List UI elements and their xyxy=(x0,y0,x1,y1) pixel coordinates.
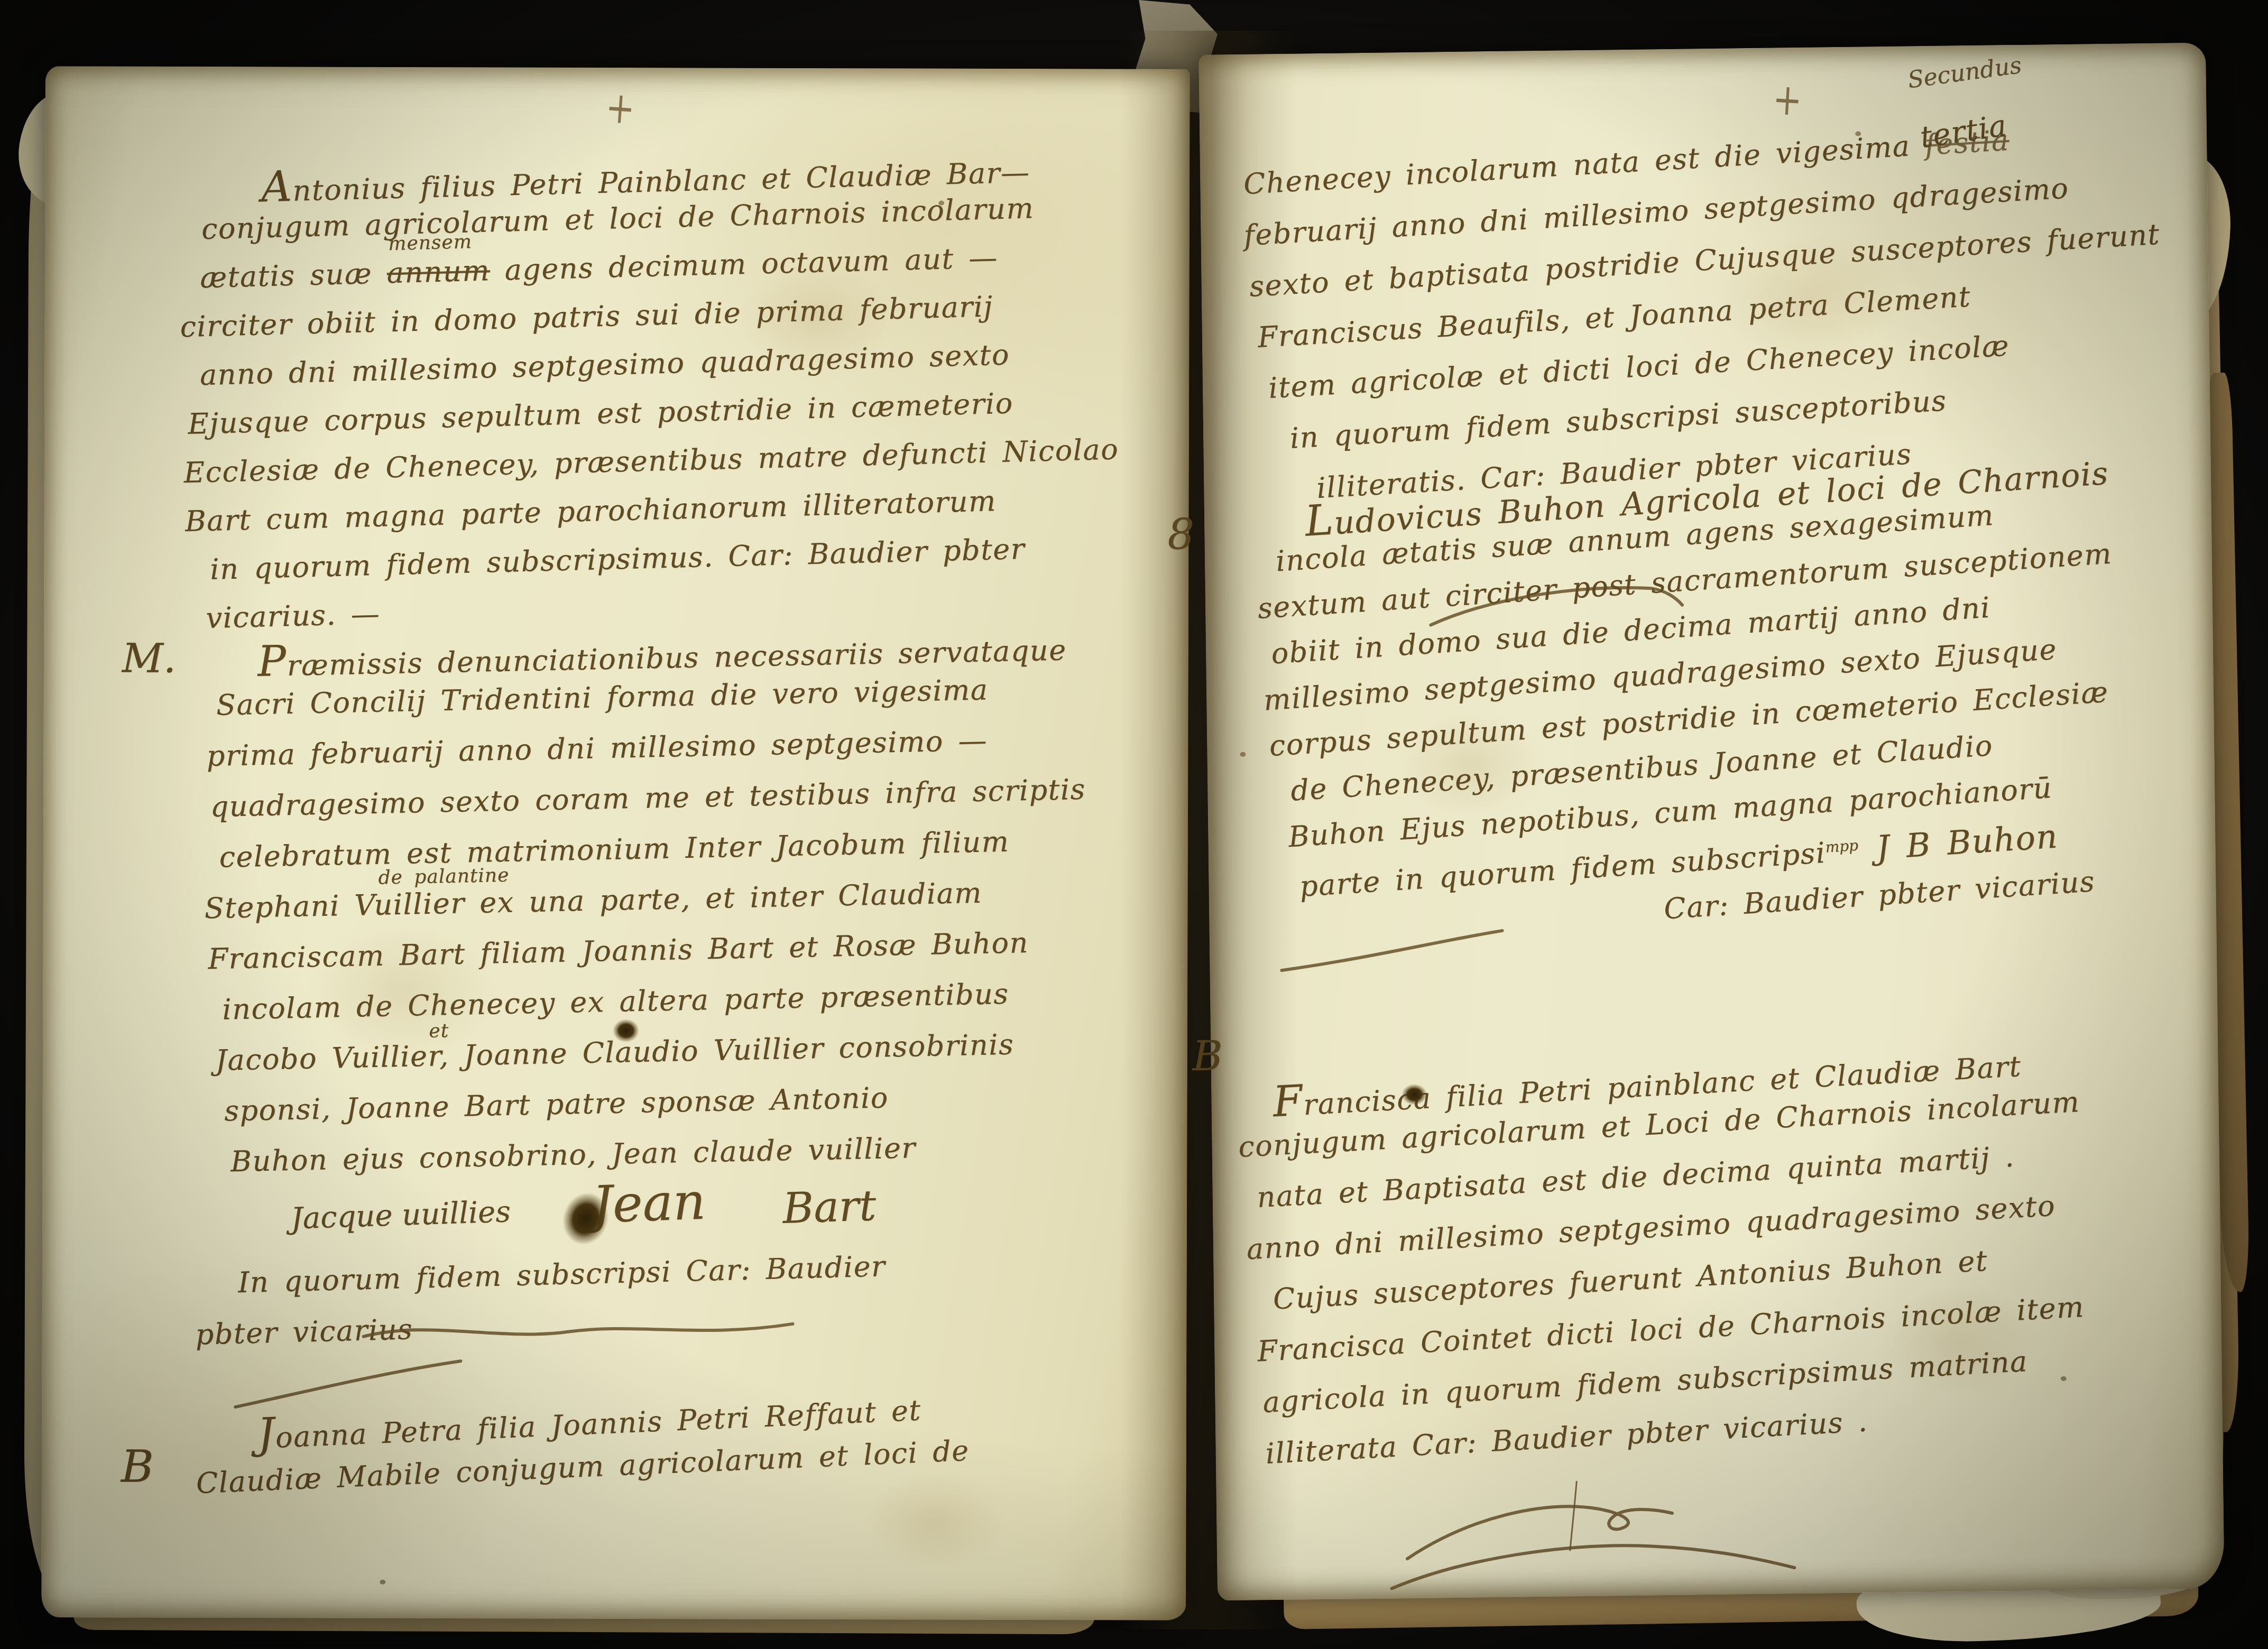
cross-mark-icon: + xyxy=(604,82,637,135)
burial-entry-ludovicus: Ludovicus Buhon Agricola et loci de Char… xyxy=(1267,445,2137,962)
interlinear-insertion: de palantine xyxy=(378,865,510,889)
attestation-line: In quorum fidem subscripsi Car: Baudier xyxy=(237,1249,886,1299)
struck-word: annum xyxy=(386,254,491,290)
superscript-note: mpp xyxy=(1824,837,1858,856)
flourish-underline xyxy=(359,1310,798,1351)
signature-jacque-vuillier: Jacque uuillies xyxy=(290,1194,511,1236)
interlinear-insertion: mensem xyxy=(388,231,473,255)
left-page: + Antonius filius Petri Painblanc et Cla… xyxy=(41,66,1190,1620)
interlinear-insertion: et xyxy=(429,1020,449,1042)
corner-annotation: Secundus xyxy=(1906,52,2023,94)
margin-letter-b: B xyxy=(1192,1032,1223,1080)
signature-jean: Jean xyxy=(591,1172,706,1235)
ink-blot-small xyxy=(613,1019,639,1042)
manuscript-photo: { "document": { "type": "handwritten par… xyxy=(0,0,2268,1649)
line-text: ætatis suæ xyxy=(200,256,388,294)
margin-letter-8: 8 xyxy=(1167,509,1195,559)
burial-entry-antonius: Antonius filius Petri Painblanc et Claud… xyxy=(197,141,1123,650)
correction: mensemannum xyxy=(386,254,491,290)
cross-mark-icon: + xyxy=(1772,73,1804,126)
ink-speck xyxy=(380,1580,385,1585)
paraph-flourish xyxy=(1375,1475,1820,1617)
right-page: + Secundus Chenecey incolarum nata est d… xyxy=(1198,42,2225,1600)
margin-letter-b: B xyxy=(121,1441,154,1493)
flourish-line xyxy=(1278,924,1506,977)
correction: tertiafestia xyxy=(1924,124,2010,162)
signature-bart: Bart xyxy=(782,1181,877,1233)
ink-speck xyxy=(1240,752,1246,757)
struck-word: festia xyxy=(1924,124,2010,162)
margin-letter-m: M. xyxy=(122,635,176,682)
baptism-entry-francisca: Francisca filia Petri painblanc et Claud… xyxy=(1245,1034,2098,1488)
marriage-entry: Præmissis denunciationibus necessariis s… xyxy=(212,620,1093,1196)
